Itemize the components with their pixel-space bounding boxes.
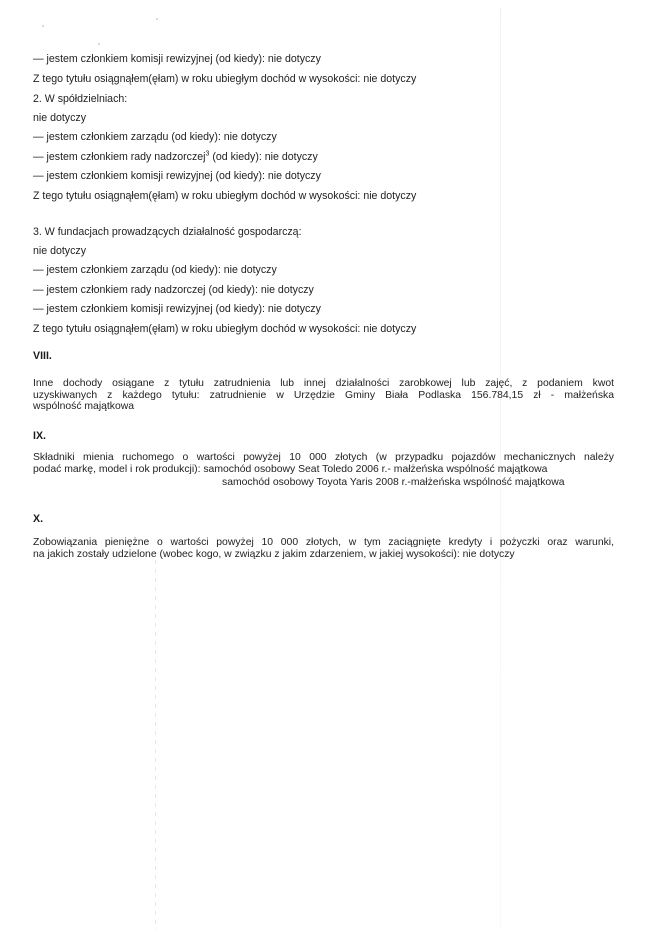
membership-line-text: — jestem członkiem rady nadzorczej <box>33 151 206 163</box>
paragraph-line: uzyskiwanych z każdego tytułu: zatrudnie… <box>33 390 614 402</box>
membership-line: — jestem członkiem rady nadzorczej3 (od … <box>33 151 318 164</box>
scan-fold-line <box>155 560 156 930</box>
scan-speck <box>156 18 158 20</box>
paragraph-line: wspólność majątkowa <box>33 401 614 413</box>
scan-speck <box>98 43 100 45</box>
subsection-status: nie dotyczy <box>33 112 86 125</box>
income-line: Z tego tytułu osiągnąłem(ęłam) w roku ub… <box>33 190 416 203</box>
section-paragraph: Zobowiązania pieniężne o wartości powyże… <box>33 537 614 560</box>
section-heading: VIII. <box>33 350 52 362</box>
document-page: — jestem członkiem komisji rewizyjnej (o… <box>0 0 665 941</box>
paragraph-line: na jakich zostały udzielone (wobec kogo,… <box>33 549 614 561</box>
membership-line: — jestem członkiem zarządu (od kiedy): n… <box>33 264 277 277</box>
scan-speck <box>42 25 44 27</box>
income-line: Z tego tytułu osiągnąłem(ęłam) w roku ub… <box>33 323 416 336</box>
section-heading: IX. <box>33 430 46 442</box>
section-paragraph: Inne dochody osiągane z tytułu zatrudnie… <box>33 378 614 413</box>
income-line: Z tego tytułu osiągnąłem(ęłam) w roku ub… <box>33 73 416 86</box>
section-paragraph: Składniki mienia ruchomego o wartości po… <box>33 452 614 475</box>
paragraph-line: Zobowiązania pieniężne o wartości powyże… <box>33 537 614 549</box>
membership-line: — jestem członkiem komisji rewizyjnej (o… <box>33 53 321 66</box>
paragraph-line: samochód osobowy Toyota Yaris 2008 r.-ma… <box>222 477 565 488</box>
paragraph-line: Inne dochody osiągane z tytułu zatrudnie… <box>33 378 614 390</box>
paragraph-line: Składniki mienia ruchomego o wartości po… <box>33 452 614 464</box>
subsection-status: nie dotyczy <box>33 245 86 258</box>
membership-line: — jestem członkiem komisji rewizyjnej (o… <box>33 303 321 316</box>
membership-line: — jestem członkiem komisji rewizyjnej (o… <box>33 170 321 183</box>
membership-line: — jestem członkiem rady nadzorczej (od k… <box>33 284 314 297</box>
subsection-title: 3. W fundacjach prowadzących działalność… <box>33 226 302 239</box>
section-heading: X. <box>33 513 43 525</box>
membership-line-text: (od kiedy): nie dotyczy <box>209 151 317 163</box>
subsection-title: 2. W spółdzielniach: <box>33 93 127 106</box>
membership-line: — jestem członkiem zarządu (od kiedy): n… <box>33 131 277 144</box>
paragraph-line: podać markę, model i rok produkcji): sam… <box>33 464 614 476</box>
